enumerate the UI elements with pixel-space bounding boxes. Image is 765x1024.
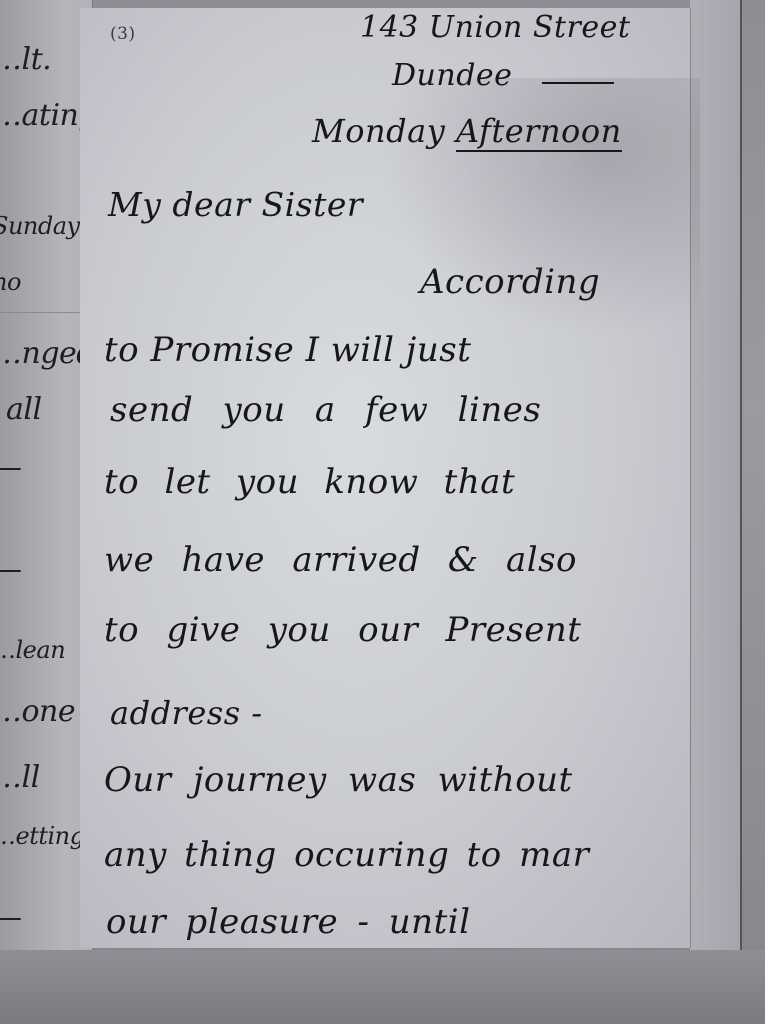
previous-page-fragment: —: [0, 900, 22, 935]
previous-page-fragment: …lt.: [0, 42, 51, 77]
body-line: send you a few lines: [110, 390, 541, 430]
previous-page-fragment: …ll: [0, 760, 40, 795]
previous-page-fragment: no: [0, 268, 21, 296]
dateline: Monday Afternoon: [312, 112, 622, 150]
previous-page-fragment: …one: [0, 694, 75, 729]
body-line: we have arrived & also: [104, 540, 577, 580]
previous-page-fragment: all: [6, 392, 42, 427]
body-line: to give you our Present: [104, 610, 581, 650]
body-line: our pleasure - until: [106, 902, 471, 942]
address-city: Dundee: [392, 58, 512, 93]
table-surface: [0, 950, 765, 1024]
body-line: address -: [110, 694, 263, 732]
salutation: My dear Sister: [108, 185, 363, 224]
body-line: any thing occuring to mar: [104, 835, 589, 875]
body-line: Our journey was without: [104, 760, 573, 800]
previous-page-fragment: —: [0, 552, 22, 587]
page-fold-line: [0, 312, 92, 313]
previous-page-fragment: …lean: [0, 636, 65, 664]
address-street: 143 Union Street: [360, 10, 630, 45]
body-line: According: [420, 262, 600, 302]
previous-page-fragment: —: [0, 450, 22, 485]
page-number: (3): [110, 24, 136, 44]
dateline-day: Monday: [312, 112, 445, 150]
body-line: to let you know that: [104, 462, 515, 502]
dateline-time: Afternoon: [456, 112, 622, 152]
previous-page-fragment: Sunday: [0, 212, 80, 240]
previous-page-fragment: …etting: [0, 822, 85, 850]
body-line: to Promise I will just: [104, 330, 471, 370]
